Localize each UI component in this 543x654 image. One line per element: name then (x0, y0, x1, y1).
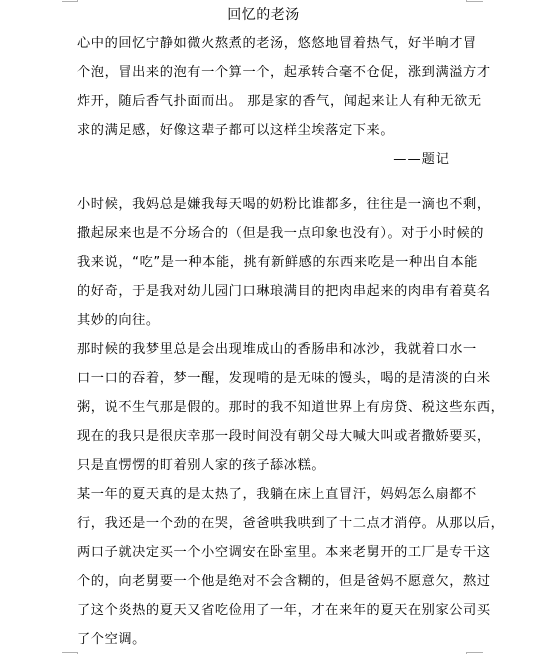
paragraph-line: 现在的我只是很庆幸那一段时间没有朝父母大喊大叫或者撒娇要买， (77, 428, 491, 446)
page-corner-mark-bottom-left (62, 652, 77, 653)
paragraph-line: 了个空调。 (77, 631, 146, 649)
page-corner-mark-top-right (466, 1, 483, 2)
paragraph-line: 口一口的吞着，梦一醒，发现啃的是无味的馒头，喝的是清淡的白米 (77, 370, 491, 388)
page-corner-mark-top-left (62, 1, 77, 2)
epigraph-line: 炸开，随后香气扑面而出。 那是家的香气，闻起来让人有种无欲无 (77, 93, 482, 111)
epigraph-line: 个泡，冒出来的泡有一个算一个，起承转合毫不仓促，涨到满溢方才 (77, 64, 491, 82)
page-corner-mark-bottom-right (466, 652, 483, 653)
page-corner-mark-top-left-v (77, 0, 78, 2)
paragraph-line: 其妙的向往。 (77, 312, 160, 330)
paragraph-line: 我来说，“吃”是一种本能，挑有新鲜感的东西来吃是一种出自本能 (77, 254, 478, 272)
paragraph-line: 那时候的我梦里总是会出现堆成山的香肠串和冰沙，我就着口水一 (77, 341, 477, 359)
paragraph-line: 个的，向老舅要一个他是绝对不会含糊的，但是爸妈不愿意欠，熬过 (77, 573, 491, 591)
epigraph-signature: ——题记 (393, 151, 450, 169)
paragraph-line: 只是直愣愣的盯着别人家的孩子舔冰糕。 (77, 457, 325, 475)
paragraph-line: 某一年的夏天真的是太热了，我躺在床上直冒汗，妈妈怎么扇都不 (77, 486, 477, 504)
paragraph-line: 小时候，我妈总是嫌我每天喝的奶粉比谁都多，往往是一滴也不剩， (77, 196, 491, 214)
page-corner-mark-top-right-v (466, 0, 467, 2)
document-title: 回忆的老汤 (77, 6, 450, 24)
paragraph-line: 两口子就决定买一个小空调安在卧室里。本来老舅开的工厂是专干这 (77, 544, 491, 562)
paragraph-line: 粥，说不生气那是假的。那时的我不知道世界上有房贷、税这些东西， (77, 399, 504, 417)
epigraph-line: 求的满足感，好像这辈子都可以这样尘埃落定下来。 (77, 122, 394, 140)
paragraph-line: 的好奇，于是我对幼儿园门口琳琅满目的把肉串起来的肉串有着莫名 (77, 283, 491, 301)
paragraph-line: 行，我还是一个劲的在哭，爸爸哄我哄到了十二点才消停。从那以后， (77, 515, 504, 533)
paragraph-line: 撒起尿来也是不分场合的（但是我一点印象也没有）。对于小时候的 (77, 225, 484, 243)
epigraph-line: 心中的回忆宁静如微火熬煮的老汤，悠悠地冒着热气，好半晌才冒 (77, 35, 477, 53)
paragraph-line: 了这个炎热的夏天又省吃俭用了一年，才在来年的夏天在别家公司买 (77, 602, 491, 620)
